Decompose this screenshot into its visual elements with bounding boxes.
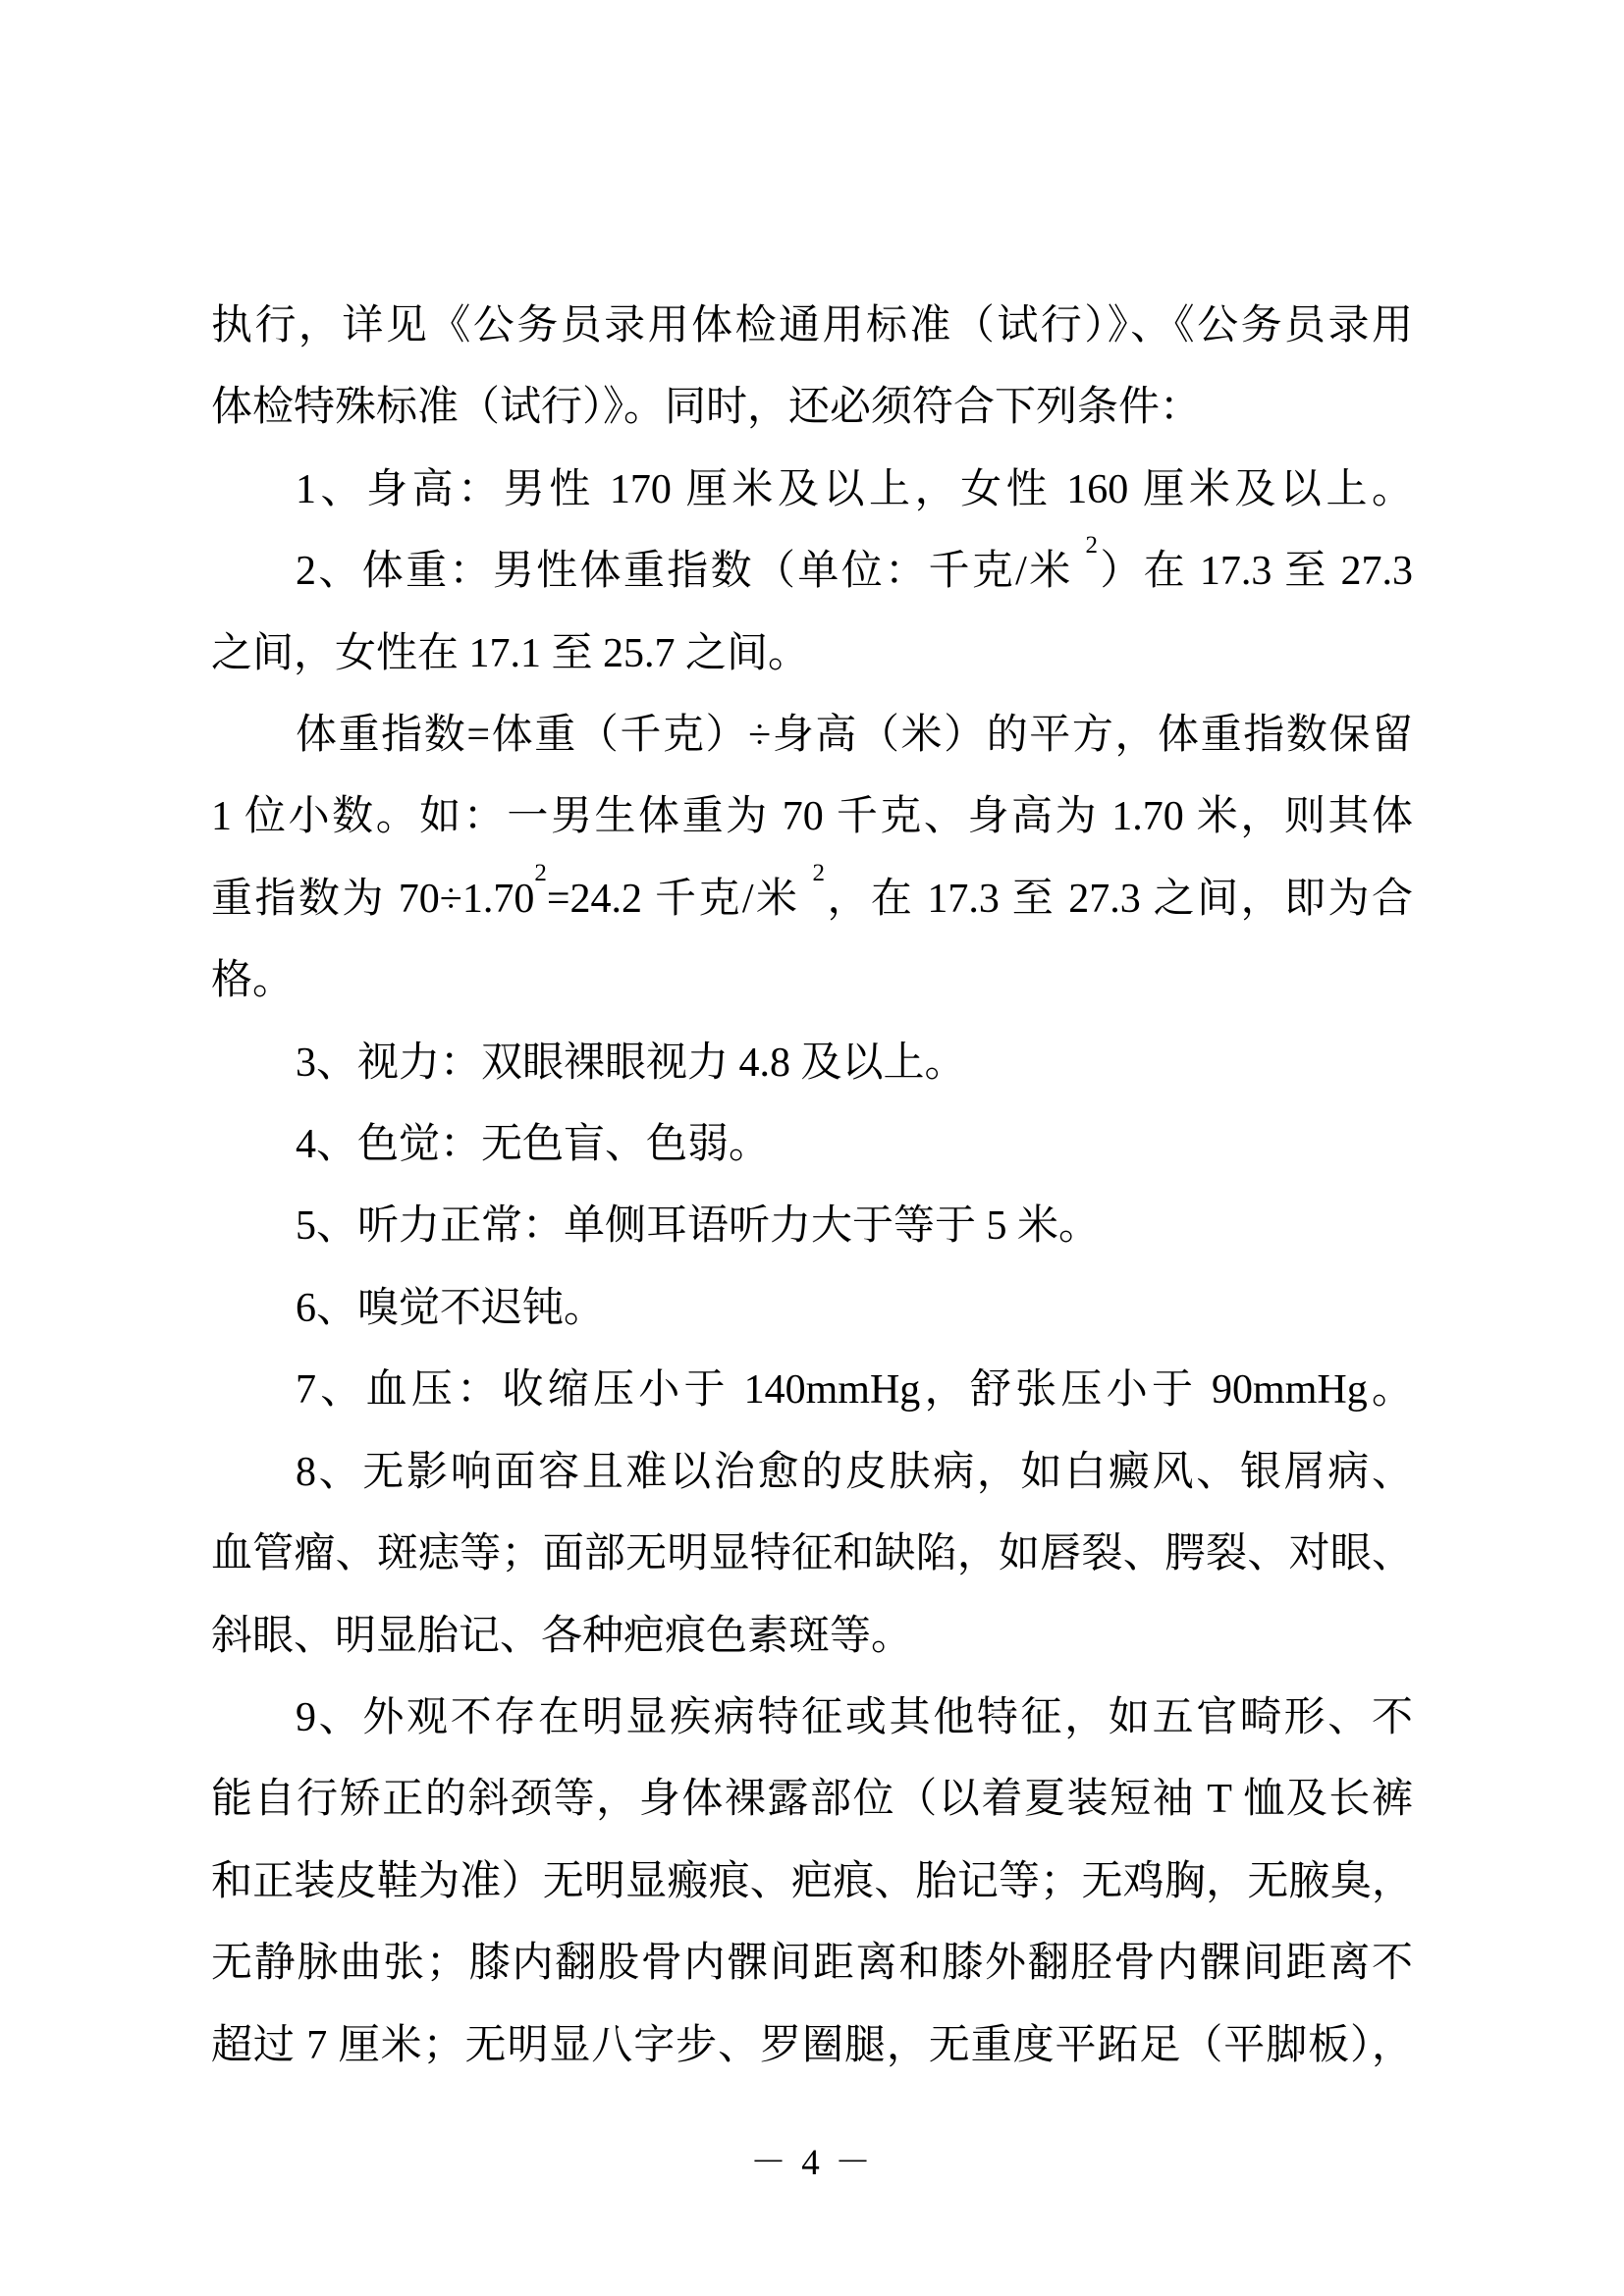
text-line: 6、嗅觉不迟钝。 — [211, 1268, 1413, 1350]
superscript: 2 — [812, 860, 825, 886]
text-line: 9、外观不存在明显疾病特征或其他特征，如五官畸形、不 — [211, 1678, 1413, 1759]
text-line: 体重指数=体重（千克）÷身高（米）的平方，体重指数保留 — [211, 695, 1413, 776]
text-line: 3、视力：双眼裸眼视力 4.8 及以上。 — [211, 1023, 1413, 1104]
text-line: 和正装皮鞋为准）无明显瘢痕、疤痕、胎记等；无鸡胸，无腋臭， — [211, 1842, 1413, 1923]
text-line: 执行，详见《公务员录用体检通用标准（试行）》、《公务员录用 — [211, 286, 1413, 367]
text-line: 1、身高：男性 170 厘米及以上，女性 160 厘米及以上。 — [211, 450, 1413, 531]
text-line: 血管瘤、斑痣等；面部无明显特征和缺陷，如唇裂、腭裂、对眼、 — [211, 1514, 1413, 1595]
text-line: 2、体重：男性体重指数（单位：千克/米 2）在 17.3 至 27.3 — [211, 531, 1413, 613]
page-number: － 4 － — [0, 2132, 1624, 2185]
text-line: 之间，女性在 17.1 至 25.7 之间。 — [211, 614, 1413, 695]
text-line: 重指数为 70÷1.702=24.2 千克/米 2，在 17.3 至 27.3 … — [211, 859, 1413, 940]
document-page: 执行，详见《公务员录用体检通用标准（试行）》、《公务员录用体检特殊标准（试行）》… — [0, 0, 1624, 2296]
text-line: 1 位小数。如：一男生体重为 70 千克、身高为 1.70 米，则其体 — [211, 776, 1413, 858]
text-line: 5、听力正常：单侧耳语听力大于等于 5 米。 — [211, 1186, 1413, 1267]
text-line: 能自行矫正的斜颈等，身体裸露部位（以着夏装短袖 T 恤及长裤 — [211, 1759, 1413, 1841]
text-line: 体检特殊标准（试行）》。同时，还必须符合下列条件： — [211, 367, 1413, 449]
text-line: 斜眼、明显胎记、各种疤痕色素斑等。 — [211, 1596, 1413, 1678]
document-body: 执行，详见《公务员录用体检通用标准（试行）》、《公务员录用体检特殊标准（试行）》… — [211, 286, 1413, 2087]
text-line: 8、无影响面容且难以治愈的皮肤病，如白癜风、银屑病、 — [211, 1432, 1413, 1514]
superscript: 2 — [534, 860, 547, 886]
text-line: 无静脉曲张；膝内翻股骨内髁间距离和膝外翻胫骨内髁间距离不 — [211, 1923, 1413, 2004]
text-line: 4、色觉：无色盲、色弱。 — [211, 1104, 1413, 1186]
text-line: 格。 — [211, 940, 1413, 1022]
text-line: 超过 7 厘米；无明显八字步、罗圈腿，无重度平跖足（平脚板）， — [211, 2005, 1413, 2087]
text-line: 7、血压：收缩压小于 140mmHg，舒张压小于 90mmHg。 — [211, 1350, 1413, 1431]
superscript: 2 — [1085, 532, 1098, 559]
